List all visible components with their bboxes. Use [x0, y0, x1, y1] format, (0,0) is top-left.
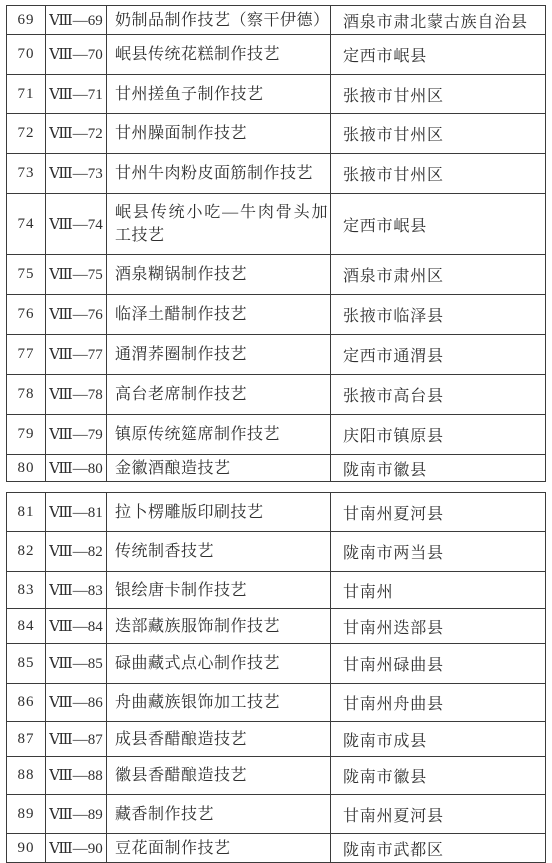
item-region: 陇南市徽县: [343, 457, 427, 480]
item-region: 陇南市成县: [343, 728, 427, 751]
item-code-cell: Ⅷ—78: [45, 375, 106, 414]
table-row: 76 Ⅷ—76 临泽土醋制作技艺 张掖市临泽县: [7, 294, 545, 334]
item-name-cell: 通渭荞圈制作技艺: [106, 335, 330, 374]
item-code: Ⅷ—77: [49, 345, 103, 364]
row-number-cell: 69: [7, 6, 45, 34]
item-code: Ⅷ—85: [49, 654, 103, 673]
item-name-cell: 藏香制作技艺: [106, 795, 330, 833]
item-region-cell: 陇南市徽县: [330, 455, 545, 481]
item-name-cell: 银绘唐卡制作技艺: [106, 572, 330, 608]
item-code: Ⅷ—88: [49, 766, 103, 785]
row-number-cell: 83: [7, 572, 45, 608]
item-region: 定西市通渭县: [343, 343, 444, 366]
table-row: 89 Ⅷ—89 藏香制作技艺 甘南州夏河县: [7, 794, 545, 833]
row-number-cell: 76: [7, 295, 45, 334]
row-number-cell: 82: [7, 532, 45, 571]
item-code: Ⅷ—89: [49, 805, 103, 824]
table-row: 73 Ⅷ—73 甘州牛肉粉皮面筋制作技艺 张掖市甘州区: [7, 153, 545, 193]
item-code-cell: Ⅷ—84: [45, 609, 106, 643]
row-number: 72: [18, 125, 35, 142]
item-code: Ⅷ—75: [49, 265, 103, 284]
row-number: 69: [18, 12, 35, 29]
item-region: 张掖市甘州区: [343, 162, 444, 185]
item-name: 甘州牛肉粉皮面筋制作技艺: [115, 162, 328, 185]
item-region: 酒泉市肃州区: [343, 263, 444, 286]
item-region-cell: 定西市通渭县: [330, 335, 545, 374]
item-region: 张掖市甘州区: [343, 122, 444, 145]
item-code: Ⅷ—86: [49, 693, 103, 712]
item-name-cell: 徽县香醋酿造技艺: [106, 757, 330, 794]
item-name-cell: 拉卜楞雕版印刷技艺: [106, 493, 330, 531]
item-region-cell: 陇南市两当县: [330, 532, 545, 571]
item-name-cell: 甘州搓鱼子制作技艺: [106, 75, 330, 113]
item-region-cell: 定西市岷县: [330, 194, 545, 254]
item-name-cell: 豆花面制作技艺: [106, 834, 330, 862]
table-row: 71 Ⅷ—71 甘州搓鱼子制作技艺 张掖市甘州区: [7, 74, 545, 113]
table-row: 86 Ⅷ—86 舟曲藏族银饰加工技艺 甘南州舟曲县: [7, 683, 545, 721]
item-code-cell: Ⅷ—89: [45, 795, 106, 833]
item-code: Ⅷ—71: [49, 85, 103, 104]
item-region-cell: 张掖市甘州区: [330, 114, 545, 153]
item-name: 金徽酒酿造技艺: [115, 457, 328, 480]
item-region-cell: 定西市岷县: [330, 35, 545, 74]
item-name: 成县香醋酿造技艺: [115, 728, 328, 751]
table-row: 78 Ⅷ—78 高台老席制作技艺 张掖市高台县: [7, 374, 545, 414]
item-region: 张掖市临泽县: [343, 303, 444, 326]
item-name: 藏香制作技艺: [115, 803, 328, 826]
row-number: 83: [18, 582, 35, 599]
item-name-cell: 岷县传统花糕制作技艺: [106, 35, 330, 74]
item-code-cell: Ⅷ—85: [45, 644, 106, 683]
row-number-cell: 90: [7, 834, 45, 862]
item-region-cell: 甘南州夏河县: [330, 493, 545, 531]
item-name: 拉卜楞雕版印刷技艺: [115, 501, 328, 524]
row-number: 71: [18, 86, 35, 103]
item-region-cell: 酒泉市肃北蒙古族自治县: [330, 6, 545, 34]
item-code-cell: Ⅷ—86: [45, 684, 106, 721]
item-code-cell: Ⅷ—83: [45, 572, 106, 608]
table-row: 84 Ⅷ—84 迭部藏族服饰制作技艺 甘南州迭部县: [7, 608, 545, 643]
row-number: 88: [18, 767, 35, 784]
row-number: 78: [18, 386, 35, 403]
row-number: 89: [18, 806, 35, 823]
table-row: 72 Ⅷ—72 甘州臊面制作技艺 张掖市甘州区: [7, 113, 545, 153]
row-number-cell: 72: [7, 114, 45, 153]
table-row: 70 Ⅷ—70 岷县传统花糕制作技艺 定西市岷县: [7, 34, 545, 74]
row-number: 79: [18, 426, 35, 443]
item-code-cell: Ⅷ—69: [45, 6, 106, 34]
heritage-table-segment-1: 69 Ⅷ—69 奶制品制作技艺（察干伊德） 酒泉市肃北蒙古族自治县 70 Ⅷ—7…: [6, 5, 546, 482]
row-number: 74: [18, 216, 35, 233]
item-code: Ⅷ—73: [49, 164, 103, 183]
row-number: 73: [18, 165, 35, 182]
item-region: 甘南州夏河县: [343, 803, 444, 826]
item-name: 通渭荞圈制作技艺: [115, 343, 328, 366]
table-row: 85 Ⅷ—85 碌曲藏式点心制作技艺 甘南州碌曲县: [7, 643, 545, 683]
item-code: Ⅷ—82: [49, 542, 103, 561]
item-name-cell: 金徽酒酿造技艺: [106, 455, 330, 481]
row-number-cell: 80: [7, 455, 45, 481]
item-region: 定西市岷县: [343, 213, 427, 236]
table-row: 87 Ⅷ—87 成县香醋酿造技艺 陇南市成县: [7, 721, 545, 756]
row-number-cell: 70: [7, 35, 45, 74]
item-region-cell: 陇南市徽县: [330, 757, 545, 794]
heritage-table-segment-2: 81 Ⅷ—81 拉卜楞雕版印刷技艺 甘南州夏河县 82 Ⅷ—82 传统制香技艺 …: [6, 492, 546, 863]
item-code-cell: Ⅷ—79: [45, 415, 106, 454]
item-region-cell: 陇南市武都区: [330, 834, 545, 862]
row-number-cell: 85: [7, 644, 45, 683]
item-name: 临泽土醋制作技艺: [115, 303, 328, 326]
item-region-cell: 陇南市成县: [330, 722, 545, 756]
item-name: 豆花面制作技艺: [115, 837, 328, 860]
item-name: 甘州臊面制作技艺: [115, 122, 328, 145]
item-name-cell: 奶制品制作技艺（察干伊德）: [106, 6, 330, 34]
item-region-cell: 张掖市甘州区: [330, 154, 545, 193]
row-number-cell: 81: [7, 493, 45, 531]
item-code: Ⅷ—78: [49, 385, 103, 404]
table-row: 80 Ⅷ—80 金徽酒酿造技艺 陇南市徽县: [7, 454, 545, 481]
item-code-cell: Ⅷ—82: [45, 532, 106, 571]
row-number: 85: [18, 655, 35, 672]
table-row: 83 Ⅷ—83 银绘唐卡制作技艺 甘南州: [7, 571, 545, 608]
item-region: 陇南市两当县: [343, 540, 444, 563]
item-code: Ⅷ—80: [49, 459, 103, 478]
item-code-cell: Ⅷ—72: [45, 114, 106, 153]
item-name: 迭部藏族服饰制作技艺: [115, 615, 328, 638]
item-name-cell: 成县香醋酿造技艺: [106, 722, 330, 756]
item-code: Ⅷ—72: [49, 124, 103, 143]
item-code-cell: Ⅷ—88: [45, 757, 106, 794]
row-number-cell: 87: [7, 722, 45, 756]
row-number: 86: [18, 694, 35, 711]
item-region-cell: 甘南州迭部县: [330, 609, 545, 643]
item-code: Ⅷ—90: [49, 839, 103, 858]
item-region: 张掖市甘州区: [343, 83, 444, 106]
item-name-cell: 舟曲藏族银饰加工技艺: [106, 684, 330, 721]
item-name-cell: 酒泉糊锅制作技艺: [106, 255, 330, 294]
row-number: 75: [18, 266, 35, 283]
item-region-cell: 甘南州夏河县: [330, 795, 545, 833]
item-name: 岷县传统小吃—牛肉骨头加工技艺: [115, 201, 328, 247]
row-number: 87: [18, 731, 35, 748]
row-number: 82: [18, 543, 35, 560]
item-code: Ⅷ—69: [49, 11, 103, 30]
item-region: 甘南州迭部县: [343, 615, 444, 638]
table-row: 74 Ⅷ—74 岷县传统小吃—牛肉骨头加工技艺 定西市岷县: [7, 193, 545, 254]
item-code-cell: Ⅷ—87: [45, 722, 106, 756]
table-row: 77 Ⅷ—77 通渭荞圈制作技艺 定西市通渭县: [7, 334, 545, 374]
item-name: 碌曲藏式点心制作技艺: [115, 652, 328, 675]
item-code: Ⅷ—84: [49, 617, 103, 636]
table-row: 81 Ⅷ—81 拉卜楞雕版印刷技艺 甘南州夏河县: [7, 493, 545, 531]
item-name: 酒泉糊锅制作技艺: [115, 263, 328, 286]
item-region: 甘南州碌曲县: [343, 652, 444, 675]
table-row: 88 Ⅷ—88 徽县香醋酿造技艺 陇南市徽县: [7, 756, 545, 794]
item-name: 传统制香技艺: [115, 540, 328, 563]
item-name-cell: 迭部藏族服饰制作技艺: [106, 609, 330, 643]
item-name: 银绘唐卡制作技艺: [115, 579, 328, 602]
table-row: 79 Ⅷ—79 镇原传统筵席制作技艺 庆阳市镇原县: [7, 414, 545, 454]
row-number: 81: [18, 504, 35, 521]
item-name-cell: 甘州臊面制作技艺: [106, 114, 330, 153]
table-row: 75 Ⅷ—75 酒泉糊锅制作技艺 酒泉市肃州区: [7, 254, 545, 294]
item-region: 定西市岷县: [343, 43, 427, 66]
item-region: 甘南州: [343, 579, 393, 602]
item-region: 甘南州舟曲县: [343, 691, 444, 714]
item-region-cell: 甘南州碌曲县: [330, 644, 545, 683]
item-code: Ⅷ—70: [49, 45, 103, 64]
item-region-cell: 庆阳市镇原县: [330, 415, 545, 454]
row-number: 76: [18, 306, 35, 323]
item-code-cell: Ⅷ—75: [45, 255, 106, 294]
table-row: 82 Ⅷ—82 传统制香技艺 陇南市两当县: [7, 531, 545, 571]
table-row: 69 Ⅷ—69 奶制品制作技艺（察干伊德） 酒泉市肃北蒙古族自治县: [7, 6, 545, 34]
item-code: Ⅷ—74: [49, 215, 103, 234]
item-region-cell: 甘南州: [330, 572, 545, 608]
item-region-cell: 张掖市临泽县: [330, 295, 545, 334]
item-code-cell: Ⅷ—70: [45, 35, 106, 74]
item-name-cell: 甘州牛肉粉皮面筋制作技艺: [106, 154, 330, 193]
item-code: Ⅷ—83: [49, 581, 103, 600]
item-name-cell: 传统制香技艺: [106, 532, 330, 571]
item-region: 张掖市高台县: [343, 383, 444, 406]
document-page: 69 Ⅷ—69 奶制品制作技艺（察干伊德） 酒泉市肃北蒙古族自治县 70 Ⅷ—7…: [0, 0, 552, 863]
item-code: Ⅷ—79: [49, 425, 103, 444]
item-name-cell: 镇原传统筵席制作技艺: [106, 415, 330, 454]
row-number-cell: 77: [7, 335, 45, 374]
item-region: 甘南州夏河县: [343, 501, 444, 524]
row-number-cell: 73: [7, 154, 45, 193]
item-code-cell: Ⅷ—77: [45, 335, 106, 374]
item-name: 徽县香醋酿造技艺: [115, 764, 328, 787]
row-number-cell: 79: [7, 415, 45, 454]
item-code: Ⅷ—76: [49, 305, 103, 324]
item-code: Ⅷ—87: [49, 730, 103, 749]
item-code-cell: Ⅷ—80: [45, 455, 106, 481]
item-region: 陇南市武都区: [343, 837, 444, 860]
row-number-cell: 86: [7, 684, 45, 721]
row-number-cell: 71: [7, 75, 45, 113]
table-row: 90 Ⅷ—90 豆花面制作技艺 陇南市武都区: [7, 833, 545, 862]
item-name: 奶制品制作技艺（察干伊德）: [115, 9, 328, 32]
item-name: 舟曲藏族银饰加工技艺: [115, 691, 328, 714]
item-region-cell: 张掖市甘州区: [330, 75, 545, 113]
item-region: 酒泉市肃北蒙古族自治县: [343, 9, 528, 32]
item-name: 镇原传统筵席制作技艺: [115, 423, 328, 446]
item-code: Ⅷ—81: [49, 503, 103, 522]
row-number-cell: 88: [7, 757, 45, 794]
item-code-cell: Ⅷ—81: [45, 493, 106, 531]
item-region: 陇南市徽县: [343, 764, 427, 787]
row-number: 77: [18, 346, 35, 363]
row-number-cell: 74: [7, 194, 45, 254]
row-number-cell: 78: [7, 375, 45, 414]
item-code-cell: Ⅷ—90: [45, 834, 106, 862]
item-name: 岷县传统花糕制作技艺: [115, 43, 328, 66]
item-region-cell: 张掖市高台县: [330, 375, 545, 414]
row-number: 70: [18, 46, 35, 63]
row-number-cell: 89: [7, 795, 45, 833]
item-region: 庆阳市镇原县: [343, 423, 444, 446]
item-name-cell: 碌曲藏式点心制作技艺: [106, 644, 330, 683]
item-code-cell: Ⅷ—73: [45, 154, 106, 193]
item-name-cell: 临泽土醋制作技艺: [106, 295, 330, 334]
item-region-cell: 酒泉市肃州区: [330, 255, 545, 294]
item-code-cell: Ⅷ—71: [45, 75, 106, 113]
item-code-cell: Ⅷ—76: [45, 295, 106, 334]
item-code-cell: Ⅷ—74: [45, 194, 106, 254]
row-number-cell: 75: [7, 255, 45, 294]
row-number-cell: 84: [7, 609, 45, 643]
item-name-cell: 岷县传统小吃—牛肉骨头加工技艺: [106, 194, 330, 254]
row-number: 90: [18, 840, 35, 857]
item-name: 甘州搓鱼子制作技艺: [115, 83, 328, 106]
item-name: 高台老席制作技艺: [115, 383, 328, 406]
row-number: 80: [18, 460, 35, 477]
item-name-cell: 高台老席制作技艺: [106, 375, 330, 414]
item-region-cell: 甘南州舟曲县: [330, 684, 545, 721]
row-number: 84: [18, 618, 35, 635]
